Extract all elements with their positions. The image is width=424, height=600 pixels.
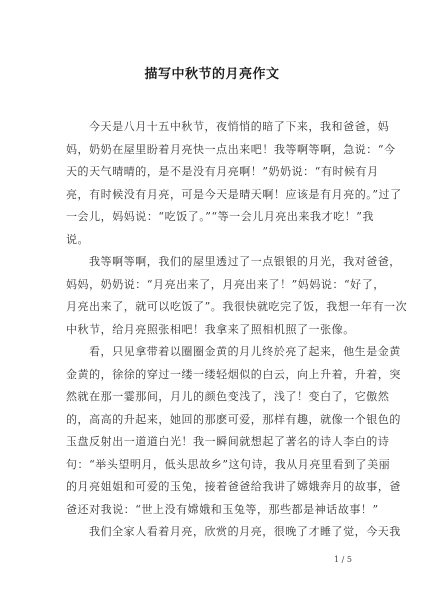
text-line: 我们全家人看着月亮，欣赏的月亮，很晚了才睡了觉，今天我 <box>66 524 362 547</box>
text-line: 妈，奶奶在屋里盼着月亮快一点出来吧！我等啊等啊，急说：“今 <box>66 142 362 165</box>
text-line: 句：“举头望明月，低头思故乡”这句诗，我从月亮里看到了美丽 <box>66 457 362 480</box>
text-line: 我等啊等啊，我们的屋里透过了一点银银的月光，我对爸爸， <box>66 254 362 277</box>
text-line: 亮，有时候没有月亮，可是今天是晴天啊！应该是有月亮的。”过了 <box>66 187 362 210</box>
page-number: 1 / 5 <box>334 555 352 564</box>
text-line: 的，高高的升起来，她回的那麽可爱，那样有趣，就像一个银色的 <box>66 412 362 435</box>
text-line: 爸还对我说：“世上没有嫦娥和玉兔等，那些都是神话故事！” <box>66 502 362 525</box>
text-line: 一会儿，妈妈说：“吃饭了。”“等一会儿月亮出来我才吃！”我 <box>66 209 362 232</box>
text-line: 中秋节，给月亮照张相吧！我拿来了照相机照了一张像。 <box>66 322 362 345</box>
text-line: 天的天气晴晴的，是不是没有月亮啊！”奶奶说：“有时候有月 <box>66 164 362 187</box>
text-line: 妈妈，奶奶说：“月亮出来了，月亮出来了！”妈妈说：“好了， <box>66 277 362 300</box>
text-line: 的月亮姐姐和可爱的玉兔，接着爸爸给我讲了嫦娥奔月的故事，爸 <box>66 479 362 502</box>
text-line: 月亮出来了，就可以吃饭了”。我很快就吃完了饭，我想一年有一次 <box>66 299 362 322</box>
text-line: 看，只见拿带着以圈圈金黄的月儿终於亮了起来，他生是金黄 <box>66 344 362 367</box>
document-body: 今天是八月十五中秋节，夜悄悄的暗了下来，我和爸爸，妈 妈，奶奶在屋里盼着月亮快一… <box>66 119 362 547</box>
text-line: 金黄的，徐徐的穿过一缕一缕轻烟似的白云，向上升着，升着，突 <box>66 367 362 390</box>
document-page: 描写中秋节的月亮作文 今天是八月十五中秋节，夜悄悄的暗了下来，我和爸爸，妈 妈，… <box>0 0 424 600</box>
text-line: 玉盘反射出一道道白光！我一瞬间就想起了著名的诗人李白的诗 <box>66 434 362 457</box>
text-line: 说。 <box>66 232 362 255</box>
document-title: 描写中秋节的月亮作文 <box>0 63 424 82</box>
text-line: 然就在那一霎那间，月儿的颜色变浅了，浅了！变白了，它傲然 <box>66 389 362 412</box>
text-line: 今天是八月十五中秋节，夜悄悄的暗了下来，我和爸爸，妈 <box>66 119 362 142</box>
